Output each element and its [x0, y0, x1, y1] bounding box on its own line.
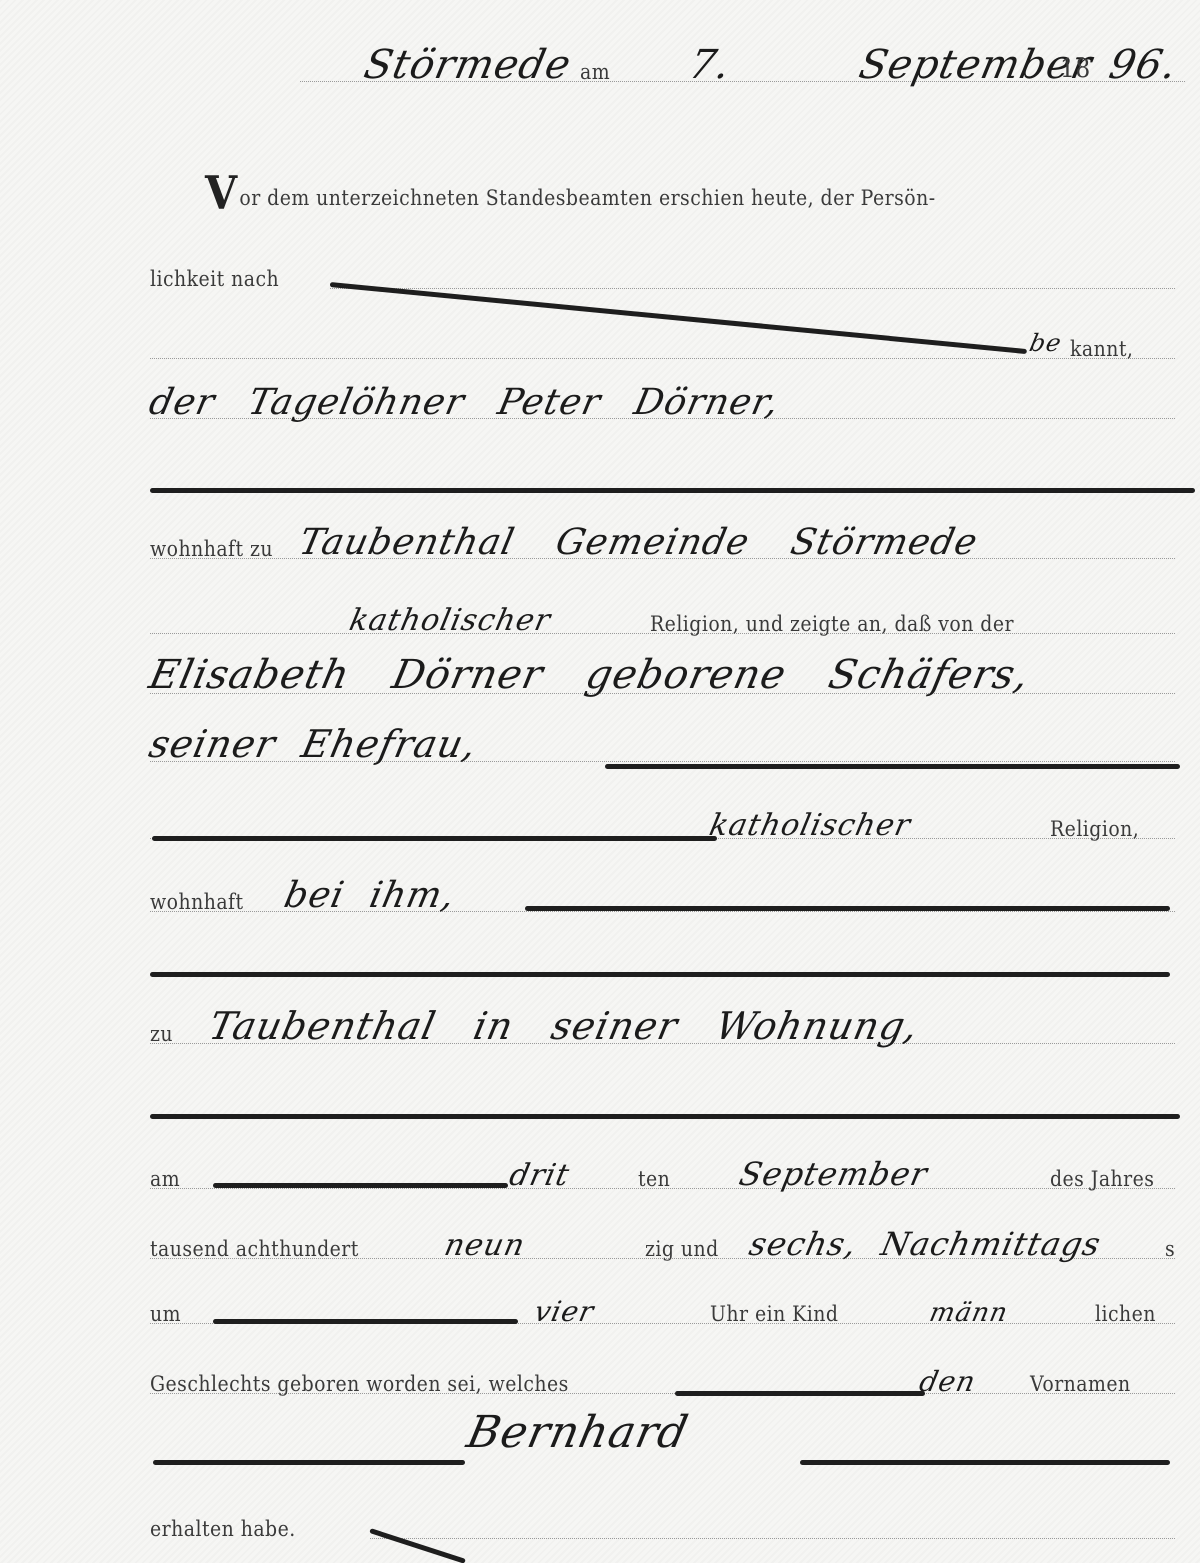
birth-day-handwritten: drit [506, 1158, 573, 1193]
dotted-rule [330, 288, 1175, 289]
printed-geschlechts-geboren: Geschlechts geboren worden sei, welches [150, 1372, 569, 1396]
child-given-name-handwritten: Bernhard [463, 1407, 693, 1458]
header-line: Störmede am 7. September 18 96. [300, 40, 1185, 90]
printed-intro-text: or dem unterzeichneten Standesbeamten er… [239, 186, 935, 210]
blank-fill-stroke [525, 906, 1170, 911]
printed-lichkeit-nach: lichkeit nach [150, 267, 279, 291]
printed-tausend-achthundert: tausend achthundert [150, 1237, 359, 1261]
printed-uhr-ein-kind: Uhr ein Kind [710, 1302, 838, 1326]
line-8: Elisabeth Dörner geborene Schäfers, [150, 660, 1175, 700]
printed-wohnhaft: wohnhaft [150, 890, 244, 914]
blank-fill-stroke [150, 488, 1195, 493]
handwritten-be: be [1027, 329, 1065, 357]
blank-fill-stroke [150, 972, 1170, 977]
year-handwritten-suffix: 96. [1105, 42, 1181, 88]
birth-hour-handwritten: vier [531, 1295, 597, 1328]
drop-cap-letter: V [205, 166, 238, 220]
birth-register-page: Störmede am 7. September 18 96. Vor dem … [0, 0, 1200, 1563]
blank-fill-stroke [675, 1391, 925, 1396]
printed-religion: Religion, [1050, 817, 1139, 841]
birth-place-handwritten: Taubenthal in seiner Wohnung, [205, 1004, 923, 1048]
mother-relation-handwritten: seiner Ehefrau, [145, 722, 481, 766]
child-sex-handwritten: männ [927, 1298, 1011, 1328]
mother-residence-handwritten: bei ihm, [281, 875, 459, 916]
blank-fill-stroke [213, 1319, 518, 1324]
mother-religion-handwritten: katholischer [706, 808, 914, 843]
blank-fill-stroke [150, 1114, 1180, 1119]
blank-fill-stroke [800, 1460, 1170, 1465]
line-2: lichkeit nach [150, 255, 1175, 295]
printed-kannt: kannt, [1070, 337, 1133, 361]
printed-intro: Vor dem unterzeichneten Standesbeamten e… [205, 166, 936, 220]
printed-zu: zu [150, 1022, 173, 1046]
printed-am: am [150, 1167, 180, 1191]
line-1: Vor dem unterzeichneten Standesbeamten e… [150, 182, 1175, 222]
birth-month-handwritten: September [736, 1155, 931, 1193]
blank-fill-stroke [213, 1183, 508, 1188]
printed-s: s [1165, 1237, 1175, 1261]
printed-erhalten-habe: erhalten habe. [150, 1517, 296, 1541]
line-20: erhalten habe. [150, 1505, 1175, 1545]
father-residence-handwritten: Taubenthal Gemeinde Störmede [296, 522, 982, 563]
line-17: um vier Uhr ein Kind männ lichen [150, 1290, 1175, 1330]
line-18: Geschlechts geboren worden sei, welches … [150, 1360, 1175, 1400]
dotted-rule [370, 1538, 1175, 1539]
handwritten-den: den [916, 1365, 979, 1398]
blank-fill-stroke [152, 836, 717, 841]
mother-name-handwritten: Elisabeth Dörner geborene Schäfers, [145, 652, 1033, 698]
printed-vornamen: Vornamen [1030, 1372, 1131, 1396]
line-7: katholischer Religion, und zeigte an, da… [150, 600, 1175, 640]
line-19: Bernhard [150, 1420, 1175, 1460]
line-11: wohnhaft bei ihm, [150, 878, 1175, 918]
printed-um: um [150, 1302, 181, 1326]
birth-year-units-time-handwritten: sechs, Nachmittags [746, 1225, 1105, 1263]
printed-wohnhaft-zu: wohnhaft zu [150, 537, 273, 561]
dotted-rule [150, 358, 1175, 359]
printed-des-jahres: des Jahres [1050, 1167, 1154, 1191]
place-handwritten: Störmede [360, 42, 575, 88]
printed-am: am [580, 60, 610, 84]
line-13: zu Taubenthal in seiner Wohnung, [150, 1010, 1175, 1050]
line-3: be kannt, [150, 325, 1175, 365]
printed-religion-zeigte-an: Religion, und zeigte an, daß von der [650, 612, 1014, 636]
father-name-handwritten: der Tagelöhner Peter Dörner, [146, 382, 784, 423]
line-4: der Tagelöhner Peter Dörner, [150, 385, 1175, 425]
printed-ten: ten [638, 1167, 670, 1191]
year-printed-prefix: 18 [1060, 54, 1091, 84]
blank-fill-stroke [605, 764, 1180, 769]
line-16: tausend achthundert neun zig und sechs, … [150, 1225, 1175, 1265]
printed-lichen: lichen [1095, 1302, 1156, 1326]
father-religion-handwritten: katholischer [346, 603, 554, 638]
line-6: wohnhaft zu Taubenthal Gemeinde Störmede [150, 525, 1175, 565]
line-15: am drit ten September des Jahres [150, 1155, 1175, 1195]
printed-zig-und: zig und [645, 1237, 719, 1261]
line-9: seiner Ehefrau, [150, 728, 1175, 768]
blank-fill-stroke [153, 1460, 465, 1465]
birth-year-tens-handwritten: neun [441, 1228, 528, 1263]
